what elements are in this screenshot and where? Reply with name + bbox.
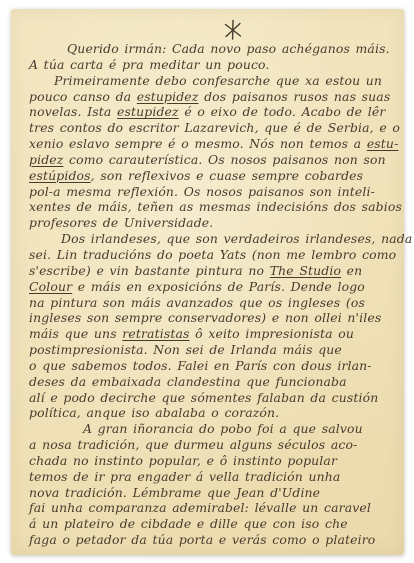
text-run: alí e podo decirche que sómentes falaban…: [29, 390, 378, 405]
letter-line: Primeiramente debo confesarche que xa es…: [54, 73, 396, 89]
text-run: dos paisanos rusos nas suas: [198, 89, 390, 104]
text-run: faga o petador da túa porta e verás como…: [29, 532, 375, 547]
underlined-text: estupidez: [117, 104, 179, 119]
letter-body: Querido irmán: Cada novo paso achéganos …: [33, 41, 396, 548]
text-run: postimpresionista. Non sei de Irlanda má…: [29, 342, 342, 357]
underlined-text: estupidez: [137, 89, 199, 104]
text-run: como carauterística. Os nosos paisanos n…: [63, 152, 385, 167]
text-run: A gran iñorancia do pobo foi a que salvo…: [83, 421, 363, 436]
text-run: na pintura son máis avanzados que os ing…: [29, 295, 365, 310]
letter-line: estúpidos, son reflexivos e cuase sempre…: [29, 168, 396, 184]
letter-line: deses da embaixada clandestina que funci…: [29, 374, 396, 390]
text-run: e máis en exposicións de París. Dende lo…: [72, 279, 365, 294]
letter-line: profesores de Universidade.: [29, 215, 396, 231]
letter-line: máis que uns retratistas ô xeito impresi…: [29, 326, 396, 342]
text-run: nova tradición. Lémbrame que Jean d'Udin…: [29, 485, 320, 500]
asterisk-mark-icon: [222, 18, 244, 42]
letter-line: política, anque iso abalaba o corazón.: [29, 405, 396, 421]
text-run: A túa carta é pra meditar un pouco.: [29, 57, 270, 72]
text-run: pouco canso da: [29, 89, 137, 104]
text-run: xenio eslavo sempre é o mesmo. Nós non t…: [29, 136, 367, 151]
photo-frame: Querido irmán: Cada novo paso achéganos …: [0, 0, 414, 563]
letter-line: a nosa tradición, que durmeu alguns sécu…: [29, 437, 396, 453]
text-run: s'escribe) e vin bastante pintura no: [29, 263, 270, 278]
text-run: Dos irlandeses, que son verdadeiros irla…: [61, 231, 412, 246]
text-run: máis que uns: [29, 326, 122, 341]
text-run: á un plateiro de cibdade e dille que con…: [29, 516, 348, 531]
text-run: sei. Lin traducións do poeta Yats (non m…: [29, 247, 396, 262]
letter-line: faga o petador da túa porta e verás como…: [29, 532, 396, 548]
letter-line: temos de ir pra engader á vella tradició…: [29, 469, 396, 485]
letter-line: xenio eslavo sempre é o mesmo. Nós non t…: [29, 136, 396, 152]
text-run: ingleses son sempre conservadores) e non…: [29, 310, 381, 325]
letter-line: ingleses son sempre conservadores) e non…: [29, 310, 396, 326]
underlined-text: The Studio: [270, 263, 341, 278]
text-run: tres contos do escritor Lazarevich, que …: [29, 120, 400, 135]
letter-page: Querido irmán: Cada novo paso achéganos …: [11, 9, 404, 555]
letter-line: nova tradición. Lémbrame que Jean d'Udin…: [29, 485, 396, 501]
letter-line: tres contos do escritor Lazarevich, que …: [29, 120, 396, 136]
underlined-text: estu-: [367, 136, 399, 151]
letter-line: á un plateiro de cibdade e dille que con…: [29, 516, 396, 532]
letter-line: s'escribe) e vin bastante pintura no The…: [29, 263, 396, 279]
text-run: a nosa tradición, que durmeu alguns sécu…: [29, 437, 357, 452]
letter-line: xentes de máis, teñen as mesmas indecisi…: [29, 199, 396, 215]
text-run: fai unha comparanza ademirabel: lévalle …: [29, 500, 371, 515]
letter-line: Dos irlandeses, que son verdadeiros irla…: [61, 231, 396, 247]
letter-line: chada no instinto popular, e ô instinto …: [29, 453, 396, 469]
text-run: o que sabemos todos. Falei en París con …: [29, 358, 372, 373]
text-run: chada no instinto popular, e ô instinto …: [29, 453, 337, 468]
letter-line: sei. Lin traducións do poeta Yats (non m…: [29, 247, 396, 263]
text-run: ô xeito impresionista ou: [190, 326, 354, 341]
letter-line: alí e podo decirche que sómentes falaban…: [29, 390, 396, 406]
letter-line: Querido irmán: Cada novo paso achéganos …: [67, 41, 396, 57]
underlined-text: Colour: [29, 279, 72, 294]
text-run: política, anque iso abalaba o corazón.: [29, 405, 279, 420]
letter-line: novelas. Ista estupidez é o eixo de todo…: [29, 104, 396, 120]
letter-line: pouco canso da estupidez dos paisanos ru…: [29, 89, 396, 105]
underlined-text: pidez: [29, 152, 63, 167]
underlined-text: retratistas: [122, 326, 189, 341]
text-run: xentes de máis, teñen as mesmas indecisi…: [29, 199, 402, 214]
text-run: pol-a mesma reflexión. Os nosos paisanos…: [29, 184, 375, 199]
letter-line: Colour e máis en exposicións de París. D…: [29, 279, 396, 295]
letter-line: pol-a mesma reflexión. Os nosos paisanos…: [29, 184, 396, 200]
text-run: temos de ir pra engader á vella tradició…: [29, 469, 340, 484]
text-run: deses da embaixada clandestina que funci…: [29, 374, 347, 389]
text-run: novelas. Ista: [29, 104, 117, 119]
underlined-text: estúpidos: [29, 168, 91, 183]
letter-line: fai unha comparanza ademirabel: lévalle …: [29, 500, 396, 516]
letter-line: A gran iñorancia do pobo foi a que salvo…: [83, 421, 396, 437]
letter-line: A túa carta é pra meditar un pouco.: [29, 57, 396, 73]
text-run: é o eixo de todo. Acabo de lêr: [179, 104, 386, 119]
text-run: Querido irmán: Cada novo paso achéganos …: [67, 41, 390, 56]
text-run: profesores de Universidade.: [29, 215, 213, 230]
letter-line: pidez como carauterística. Os nosos pais…: [29, 152, 396, 168]
letter-line: na pintura son máis avanzados que os ing…: [29, 295, 396, 311]
text-run: en: [341, 263, 362, 278]
text-run: , son reflexivos e cuase sempre cobardes: [91, 168, 364, 183]
letter-line: postimpresionista. Non sei de Irlanda má…: [29, 342, 396, 358]
letter-line: o que sabemos todos. Falei en París con …: [29, 358, 396, 374]
text-run: Primeiramente debo confesarche que xa es…: [54, 73, 382, 88]
